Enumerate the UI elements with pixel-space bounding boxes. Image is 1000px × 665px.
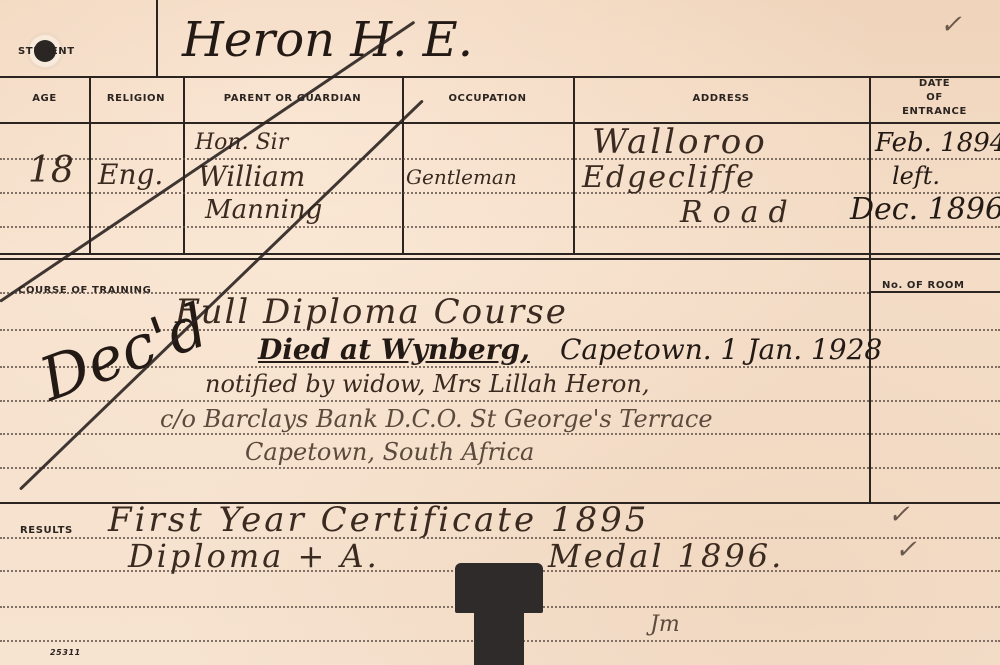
course-death-underlined: Died at Wynberg, [258, 333, 530, 366]
form-number: 25311 [50, 648, 81, 657]
parent-value-line2: William [198, 160, 305, 193]
address-value-line2: Edgecliffe [582, 160, 756, 195]
left-date: Dec. 1896 [850, 192, 1000, 227]
initials: Jm [650, 612, 680, 637]
ruled-line [0, 400, 1000, 402]
course-death-rest: Capetown. 1 Jan. 1928 [560, 333, 882, 366]
results-line2a: Diploma + A. [128, 537, 380, 575]
ruled-line [0, 467, 1000, 469]
room-label: No. OF ROOM [882, 280, 965, 291]
filing-notch-stem [474, 608, 524, 665]
filing-notch [455, 563, 543, 613]
date-entrance-header-3: ENTRANCE [869, 106, 1000, 117]
religion-value: Eng. [98, 158, 163, 191]
student-record-card: STUDENT Heron H. E. ✓ AGE RELIGION PAREN… [0, 0, 1000, 665]
deceased-annotation: Dec'd [31, 291, 217, 416]
date-entrance-header-2: OF [869, 92, 1000, 103]
student-divider [156, 0, 158, 76]
occupation-header: OCCUPATION [402, 93, 573, 104]
results-line2b: Medal 1896. [548, 537, 784, 575]
age-header: AGE [0, 93, 89, 104]
table-bottom-border-double [0, 258, 1000, 260]
address-value-line1: Walloroo [592, 122, 768, 162]
table-top-border [0, 76, 1000, 78]
parent-value-line3: Manning [205, 195, 322, 225]
student-label: STUDENT [18, 46, 75, 57]
age-value: 18 [28, 150, 74, 191]
student-name: Heron H. E. [182, 12, 473, 68]
address-header: ADDRESS [573, 93, 869, 104]
address-value-line3: Road [680, 195, 798, 230]
entrance-date: Feb. 1894. [875, 128, 1000, 158]
table-header-bottom [0, 122, 1000, 124]
check-mark-icon: ✓ [895, 535, 917, 565]
check-mark-icon: ✓ [888, 500, 910, 530]
parent-value-line1: Hon. Sir [195, 130, 288, 155]
course-line3: notified by widow, Mrs Lillah Heron, [205, 370, 649, 398]
check-mark-icon: ✓ [940, 10, 962, 40]
course-line1: Full Diploma Course [175, 292, 568, 332]
table-bottom-border [0, 253, 1000, 255]
date-entrance-header-1: DATE [869, 78, 1000, 89]
results-line1: First Year Certificate 1895 [108, 500, 649, 540]
results-label: RESULTS [20, 525, 73, 536]
course-line4: c/o Barclays Bank D.C.O. St George's Ter… [160, 405, 713, 433]
ruled-line [0, 433, 1000, 435]
course-line5: Capetown, South Africa [245, 438, 534, 466]
occupation-value: Gentleman [406, 165, 517, 189]
religion-header: RELIGION [89, 93, 183, 104]
col-divider-address-room [869, 76, 871, 502]
course-label: COURSE OF TRAINING [18, 285, 151, 296]
room-header-line [869, 291, 1000, 293]
left-label: left. [892, 162, 940, 190]
